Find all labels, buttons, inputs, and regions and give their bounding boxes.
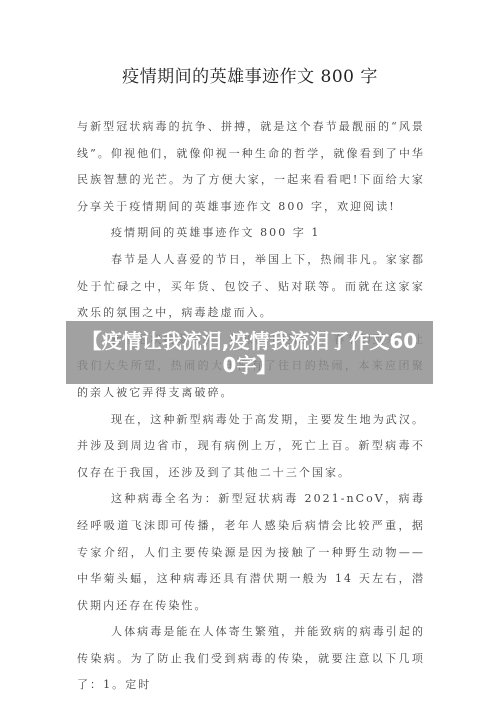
title-overlay-banner: 【疫情让我流泪,疫情我流泪了作文600字】	[66, 321, 433, 384]
document-title: 疫情期间的英雄事迹作文 800 字	[0, 62, 500, 87]
body-paragraph: 现在，这种新型病毒处于高发期，主要发生地为武汉。并涉及到周边省市，现有病例上万，…	[77, 407, 425, 487]
body-paragraph: 这种病毒全名为：新型冠状病毒 2021-nCoV，病毒经呼吸道飞沫即可传播，老年…	[77, 486, 425, 619]
body-paragraph: 人体病毒是能在人体寄生繁殖，并能致病的病毒引起的传染病。为了防止我们受到病毒的传…	[77, 619, 425, 699]
section-subtitle: 疫情期间的英雄事迹作文 800 字 1	[77, 220, 425, 247]
body-paragraph: 春节是人人喜爱的节日，举国上下，热闹非凡。家家都处于忙碌之中，买年货、包饺子、贴…	[77, 247, 425, 327]
intro-paragraph: 与新型冠状病毒的抗争、拼搏，就是这个春节最靓丽的“风景线”。仰视他们，就像仰视一…	[77, 114, 425, 220]
document-body: 与新型冠状病毒的抗争、拼搏，就是这个春节最靓丽的“风景线”。仰视他们，就像仰视一…	[77, 114, 425, 699]
banner-title: 【疫情让我流泪,疫情我流泪了作文600字】	[80, 329, 420, 377]
